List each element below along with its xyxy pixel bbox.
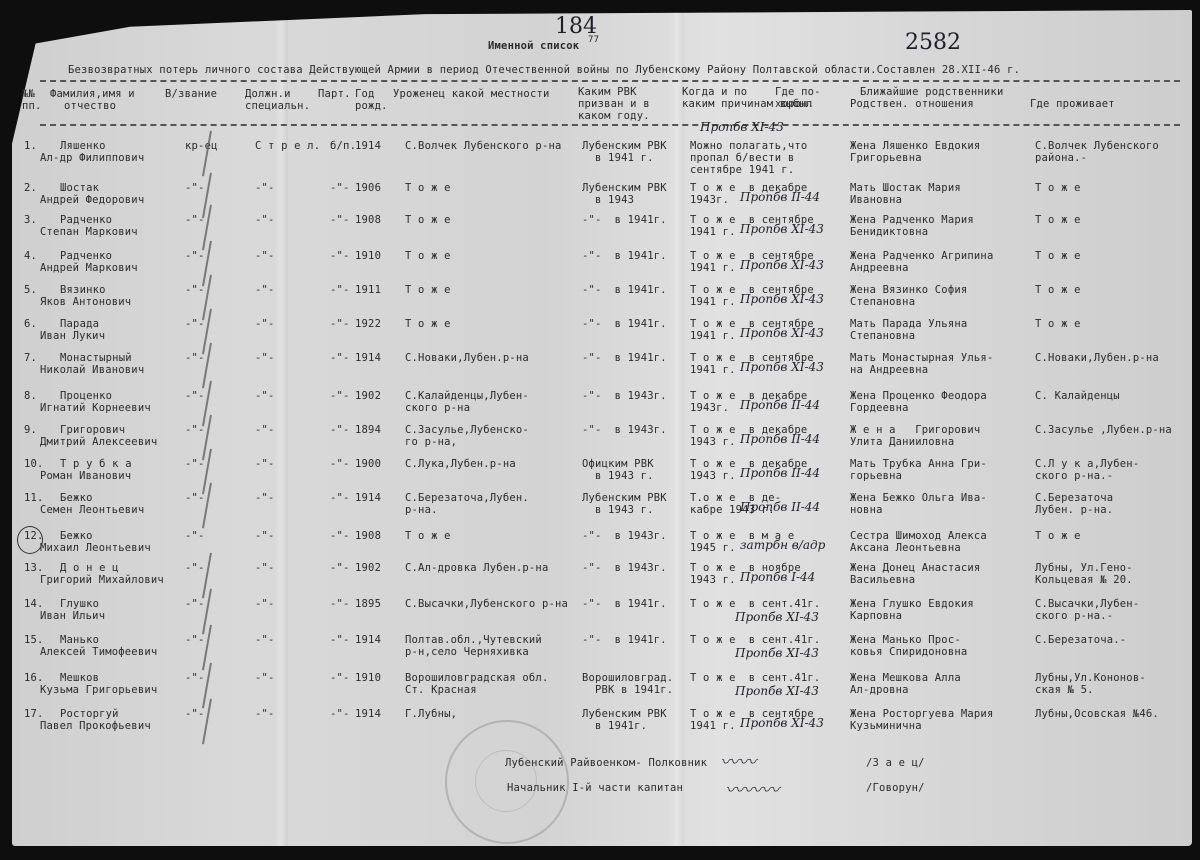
- birthplace: Т о ж е: [405, 318, 451, 330]
- residence: Т о ж е: [1035, 182, 1081, 194]
- party: -"-: [330, 390, 350, 402]
- given-name: Николай Иванович: [40, 364, 144, 376]
- surname: Проценко: [60, 390, 112, 402]
- birth-year: 1922: [355, 318, 381, 330]
- surname: Монастырный: [60, 352, 132, 364]
- drafted-by: -"- в 1941г.: [582, 318, 667, 330]
- signature-title-1: Лубенский Райвоенком- Полковник: [505, 757, 707, 769]
- birth-year: 1895: [355, 598, 381, 610]
- handwritten-annotation: Пропбв XI-43: [700, 120, 784, 134]
- birthplace: Т о ж е: [405, 250, 451, 262]
- handwritten-annotation: Пропбв II-44: [740, 190, 820, 204]
- given-name: Игнатий Корнеевич: [40, 402, 151, 414]
- party: -"-: [330, 492, 350, 504]
- divider: [40, 124, 1180, 126]
- given-name: Ал-др Филиппович: [40, 152, 144, 164]
- residence: Т о ж е: [1035, 284, 1081, 296]
- handwritten-annotation: Пропбв XI-43: [740, 222, 824, 236]
- surname: Ляшенко: [60, 140, 106, 152]
- position: -"-: [255, 214, 275, 226]
- handwritten-annotation: Пропбв XI-43: [740, 326, 824, 340]
- position: -"-: [255, 352, 275, 364]
- col-header-num: №№ пп.: [22, 88, 42, 112]
- birthplace-cont: ского р-на: [405, 402, 470, 414]
- handwritten-signature-2: 〰〰〰: [725, 776, 779, 802]
- paper-fold: [670, 10, 684, 846]
- row-number: 10.: [24, 458, 44, 470]
- row-number: 6.: [24, 318, 37, 330]
- party: -"-: [330, 530, 350, 542]
- given-name: Кузьма Григорьевич: [40, 684, 157, 696]
- relative: Жена Бежко Ольга Ива-: [850, 492, 987, 504]
- drafted-by: Лубенским РВК: [582, 182, 667, 194]
- birthplace-cont: р-н,село Черняхивка: [405, 646, 529, 658]
- relative-cont: Григорьевна: [850, 152, 922, 164]
- relative-cont: на Андреевна: [850, 364, 928, 376]
- position: -"-: [255, 424, 275, 436]
- birth-year: 1908: [355, 214, 381, 226]
- drafted-by-cont: в 1941 г.: [595, 152, 654, 164]
- drafted-by: -"- в 1943г.: [582, 530, 667, 542]
- relative-cont: Степановна: [850, 330, 915, 342]
- document-title: Именной список: [488, 40, 579, 52]
- position: -"-: [255, 708, 275, 720]
- row-number: 11.: [24, 492, 44, 504]
- handwritten-annotation: Пропбв XI-43: [735, 610, 819, 624]
- row-number: 13.: [24, 562, 44, 574]
- col-header-year: Год рожд.: [355, 88, 388, 112]
- row-number: 17.: [24, 708, 44, 720]
- party: -"-: [330, 182, 350, 194]
- party: -"-: [330, 284, 350, 296]
- given-name: Алексей Тимофеевич: [40, 646, 157, 658]
- party: -"-: [330, 318, 350, 330]
- position: -"-: [255, 530, 275, 542]
- when-why-cont: 1943г.: [690, 194, 729, 206]
- surname: Бежко: [60, 530, 93, 542]
- surname: Радченко: [60, 214, 112, 226]
- rank: -"-: [185, 530, 205, 542]
- birthplace: С.Новаки,Лубен.р-на: [405, 352, 529, 364]
- relative-cont: Улита Данииловна: [850, 436, 954, 448]
- relative: Мать Трубка Анна Гри-: [850, 458, 987, 470]
- when-why-cont: 1943 г.: [690, 436, 736, 448]
- birth-year: 1914: [355, 492, 381, 504]
- when-why-cont: пропал б/вести в: [690, 152, 794, 164]
- drafted-by: -"- в 1941г.: [582, 284, 667, 296]
- relative: Жена Манько Прос-: [850, 634, 961, 646]
- birth-year: 1910: [355, 672, 381, 684]
- when-why-cont: 1945 г.: [690, 542, 736, 554]
- residence: С.Волчек Лубенского: [1035, 140, 1159, 152]
- col-header-buried: Где по- хорон.: [775, 86, 821, 110]
- when-why-cont: 1943г.: [690, 402, 729, 414]
- surname: Парада: [60, 318, 99, 330]
- position: -"-: [255, 390, 275, 402]
- relative-cont: Васильевна: [850, 574, 915, 586]
- relative: Мать Монастырная Улья-: [850, 352, 993, 364]
- residence-cont: ского р-на.-: [1035, 470, 1113, 482]
- signature-name-1: /З а е ц/: [866, 757, 925, 769]
- surname: Мешков: [60, 672, 99, 684]
- birth-year: 1900: [355, 458, 381, 470]
- given-name: Дмитрий Алексеевич: [40, 436, 157, 448]
- residence-cont: района.-: [1035, 152, 1087, 164]
- row-number: 9.: [24, 424, 37, 436]
- relative: Жена Донец Анастасия: [850, 562, 980, 574]
- residence-cont: Кольцевая № 20.: [1035, 574, 1133, 586]
- position: -"-: [255, 458, 275, 470]
- relative: Сестра Шимоход Алекса: [850, 530, 987, 542]
- relative: Жена Проценко Феодора: [850, 390, 987, 402]
- circled-number-mark: [17, 526, 43, 554]
- birth-year: 1914: [355, 708, 381, 720]
- col-header-relatives: Ближайшие родственники Родствен. отношен…: [850, 86, 1003, 110]
- page-superscript: 77: [588, 34, 599, 46]
- drafted-by: Офицким РВК: [582, 458, 654, 470]
- col-header-name: Фамилия,имя и отчество: [50, 88, 135, 112]
- birthplace: Т о ж е: [405, 530, 451, 542]
- paper-fold: [274, 10, 288, 846]
- surname: Радченко: [60, 250, 112, 262]
- when-why-cont: 1941 г.: [690, 720, 736, 732]
- residence: С. Калайденцы: [1035, 390, 1120, 402]
- row-number: 4.: [24, 250, 37, 262]
- drafted-by: -"- в 1941г.: [582, 634, 667, 646]
- row-number: 16.: [24, 672, 44, 684]
- birth-year: 1902: [355, 390, 381, 402]
- party: -"-: [330, 352, 350, 364]
- row-number: 5.: [24, 284, 37, 296]
- birthplace-cont: р-на.: [405, 504, 438, 516]
- drafted-by: Лубенским РВК: [582, 140, 667, 152]
- surname: Росторгуй: [60, 708, 119, 720]
- birthplace: Т о ж е: [405, 182, 451, 194]
- surname: Шостак: [60, 182, 99, 194]
- residence: Т о ж е: [1035, 214, 1081, 226]
- handwritten-annotation: Пропбв II-44: [740, 398, 820, 412]
- party: -"-: [330, 598, 350, 610]
- col-header-birthplace: Уроженец какой местности: [393, 88, 550, 100]
- drafted-by: -"- в 1941г.: [582, 214, 667, 226]
- handwritten-signature-1: 〰〰: [720, 748, 756, 774]
- residence: С.Березаточа.-: [1035, 634, 1126, 646]
- handwritten-annotation: Пропбв I-44: [740, 570, 815, 584]
- birthplace: С.Лука,Лубен.р-на: [405, 458, 516, 470]
- given-name: Семен Леонтьевич: [40, 504, 144, 516]
- given-name: Андрей Федорович: [40, 194, 144, 206]
- residence-cont: ского р-на.-: [1035, 610, 1113, 622]
- surname: Д о н е ц: [60, 562, 119, 574]
- birthplace: Т о ж е: [405, 214, 451, 226]
- row-number: 15.: [24, 634, 44, 646]
- residence-cont: ская № 5.: [1035, 684, 1094, 696]
- relative-cont: ковья Спиридоновна: [850, 646, 967, 658]
- when-why-cont: 1941 г.: [690, 330, 736, 342]
- birthplace: Ворошиловградская обл.: [405, 672, 548, 684]
- birthplace: Т о ж е: [405, 284, 451, 296]
- signature-title-2: Начальник I-й части капитан: [507, 782, 683, 794]
- drafted-by: -"- в 1941г.: [582, 598, 667, 610]
- position: С т р е л.: [255, 140, 320, 152]
- birthplace: Полтав.обл.,Чутевский: [405, 634, 542, 646]
- row-number: 3.: [24, 214, 37, 226]
- party: -"-: [330, 250, 350, 262]
- surname: Бежко: [60, 492, 93, 504]
- when-why: Т о ж е в сент.41г.: [690, 598, 820, 610]
- document-subtitle: Безвозвратных потерь личного состава Дей…: [68, 64, 1020, 76]
- birth-year: 1914: [355, 140, 381, 152]
- handwritten-annotation: Пропбв XI-43: [740, 716, 824, 730]
- position: -"-: [255, 562, 275, 574]
- relative-cont: Карповна: [850, 610, 902, 622]
- col-header-position: Должн.и специальн.: [245, 88, 310, 112]
- relative-cont: Кузьминична: [850, 720, 922, 732]
- birthplace: С.Волчек Лубенского р-на: [405, 140, 562, 152]
- relative: Жена Ляшенко Евдокия: [850, 140, 980, 152]
- surname: Глушко: [60, 598, 99, 610]
- relative: Мать Шостак Мария: [850, 182, 961, 194]
- relative-cont: Ал-дровна: [850, 684, 909, 696]
- handwritten-annotation: Пропбв II-44: [740, 466, 820, 480]
- birth-year: 1894: [355, 424, 381, 436]
- given-name: Андрей Маркович: [40, 262, 138, 274]
- handwritten-annotation: Пропбв XI-43: [735, 646, 819, 660]
- party: -"-: [330, 672, 350, 684]
- surname: Т р у б к а: [60, 458, 132, 470]
- relative: Ж е н а Григорович: [850, 424, 980, 436]
- col-header-rvk: Каким РВК призван и в каком году.: [578, 86, 678, 122]
- archive-number: 2582: [905, 30, 961, 55]
- birth-year: 1902: [355, 562, 381, 574]
- residence-cont: Лубен. р-на.: [1035, 504, 1113, 516]
- when-why-cont: 1941 г.: [690, 296, 736, 308]
- when-why: Т о ж е в сент.41г.: [690, 634, 820, 646]
- residence: С.Березаточа: [1035, 492, 1113, 504]
- drafted-by: -"- в 1943г.: [582, 562, 667, 574]
- relative: Жена Вязинко София: [850, 284, 967, 296]
- relative-cont: Степановна: [850, 296, 915, 308]
- relative-cont: Андреевна: [850, 262, 909, 274]
- handwritten-annotation: затрбн в/адр: [740, 538, 825, 552]
- position: -"-: [255, 318, 275, 330]
- given-name: Яков Антонович: [40, 296, 131, 308]
- birthplace: С.Березаточа,Лубен.: [405, 492, 529, 504]
- handwritten-annotation: Пропбв II-44: [740, 432, 820, 446]
- when-why-cont: 1941 г.: [690, 364, 736, 376]
- position: -"-: [255, 634, 275, 646]
- birth-year: 1911: [355, 284, 381, 296]
- col-header-rank: В/звание: [165, 88, 217, 100]
- relative-cont: Бенидиктовна: [850, 226, 928, 238]
- given-name: Роман Иванович: [40, 470, 131, 482]
- birth-year: 1914: [355, 634, 381, 646]
- when-why: Т о ж е в сент.41г.: [690, 672, 820, 684]
- birthplace: С.Ал-дровка Лубен.р-на: [405, 562, 548, 574]
- birthplace-cont: Ст. Красная: [405, 684, 477, 696]
- drafted-by: -"- в 1943г.: [582, 390, 667, 402]
- birth-year: 1908: [355, 530, 381, 542]
- row-number: 14.: [24, 598, 44, 610]
- position: -"-: [255, 492, 275, 504]
- residence: С.Новаки,Лубен.р-на: [1035, 352, 1159, 364]
- relative: Жена Росторгуева Мария: [850, 708, 993, 720]
- when-why: Можно полагать,что: [690, 140, 807, 152]
- handwritten-annotation: Пропбв XI-43: [735, 684, 819, 698]
- surname: Манько: [60, 634, 99, 646]
- residence: С.Высачки,Лубен-: [1035, 598, 1139, 610]
- birthplace: С.Высачки,Лубенского р-на: [405, 598, 568, 610]
- relative-cont: новна: [850, 504, 883, 516]
- relative: Жена Мешкова Алла: [850, 672, 961, 684]
- surname: Вязинко: [60, 284, 106, 296]
- drafted-by: -"- в 1941г.: [582, 352, 667, 364]
- relative: Жена Радченко Агрипина: [850, 250, 993, 262]
- birth-year: 1906: [355, 182, 381, 194]
- handwritten-annotation: Пропбв XI-43: [740, 360, 824, 374]
- drafted-by: Лубенским РВК: [582, 492, 667, 504]
- residence: С.Л у к а,Лубен-: [1035, 458, 1139, 470]
- relative-cont: горьевна: [850, 470, 902, 482]
- residence: Т о ж е: [1035, 530, 1081, 542]
- drafted-by-cont: РВК в 1941г.: [595, 684, 673, 696]
- given-name: Григорий Михайлович: [40, 574, 164, 586]
- drafted-by-cont: в 1943: [595, 194, 634, 206]
- given-name: Степан Маркович: [40, 226, 138, 238]
- col-header-party: Парт.: [318, 88, 351, 100]
- relative: Мать Парада Ульяна: [850, 318, 967, 330]
- drafted-by: -"- в 1943г.: [582, 424, 667, 436]
- party: -"-: [330, 214, 350, 226]
- handwritten-annotation: Пропбв XI-43: [740, 292, 824, 306]
- birthplace: Г.Лубны,: [405, 708, 457, 720]
- birthplace: С.Засулье,Лубенско-: [405, 424, 529, 436]
- drafted-by-cont: в 1943 г.: [595, 470, 654, 482]
- row-number: 8.: [24, 390, 37, 402]
- drafted-by: Ворошиловград.: [582, 672, 673, 684]
- row-number: 7.: [24, 352, 37, 364]
- relative-cont: Ивановна: [850, 194, 902, 206]
- position: -"-: [255, 250, 275, 262]
- birthplace: С.Калайденцы,Лубен-: [405, 390, 529, 402]
- handwritten-annotation: Пропбв II-44: [740, 500, 820, 514]
- party: -"-: [330, 562, 350, 574]
- position: -"-: [255, 672, 275, 684]
- birthplace-cont: го р-на,: [405, 436, 457, 448]
- residence: С.Засулье ,Лубен.р-на: [1035, 424, 1172, 436]
- party: -"-: [330, 458, 350, 470]
- when-why-cont: 1941 г.: [690, 262, 736, 274]
- given-name: Павел Прокофьевич: [40, 720, 151, 732]
- given-name: Иван Лукич: [40, 330, 105, 342]
- given-name: Михаил Леонтьевич: [40, 542, 151, 554]
- col-header-residence: Где проживает: [1030, 98, 1115, 110]
- drafted-by-cont: в 1941г.: [595, 720, 647, 732]
- party: -"-: [330, 424, 350, 436]
- relative-cont: Аксана Леонтьевна: [850, 542, 961, 554]
- party: -"-: [330, 634, 350, 646]
- given-name: Иван Ильич: [40, 610, 105, 622]
- residence: Т о ж е: [1035, 318, 1081, 330]
- signature-name-2: /Говорун/: [866, 782, 925, 794]
- party: б/п.: [330, 140, 356, 152]
- position: -"-: [255, 182, 275, 194]
- birth-year: 1910: [355, 250, 381, 262]
- when-why-cont: 1941 г.: [690, 226, 736, 238]
- drafted-by: Лубенским РВК: [582, 708, 667, 720]
- relative: Жена Радченко Мария: [850, 214, 974, 226]
- residence: Лубны,Осовская №46.: [1035, 708, 1159, 720]
- residence: Т о ж е: [1035, 250, 1081, 262]
- handwritten-annotation: Пропбв XI-43: [740, 258, 824, 272]
- surname: Григорович: [60, 424, 125, 436]
- residence: Лубны,Ул.Кононов-: [1035, 672, 1146, 684]
- birth-year: 1914: [355, 352, 381, 364]
- when-why-cont: 1943 г.: [690, 574, 736, 586]
- position: -"-: [255, 284, 275, 296]
- row-number: 1.: [24, 140, 37, 152]
- party: -"-: [330, 708, 350, 720]
- row-number: 2.: [24, 182, 37, 194]
- drafted-by-cont: в 1943 г.: [595, 504, 654, 516]
- relative: Жена Глушко Евдокия: [850, 598, 974, 610]
- divider: [40, 80, 1180, 82]
- position: -"-: [255, 598, 275, 610]
- relative-cont: Гордеевна: [850, 402, 909, 414]
- when-why-cont: 1943 г.: [690, 470, 736, 482]
- when-why-cont2: сентябре 1941 г.: [690, 164, 794, 176]
- residence: Лубны, Ул.Гено-: [1035, 562, 1133, 574]
- drafted-by: -"- в 1941г.: [582, 250, 667, 262]
